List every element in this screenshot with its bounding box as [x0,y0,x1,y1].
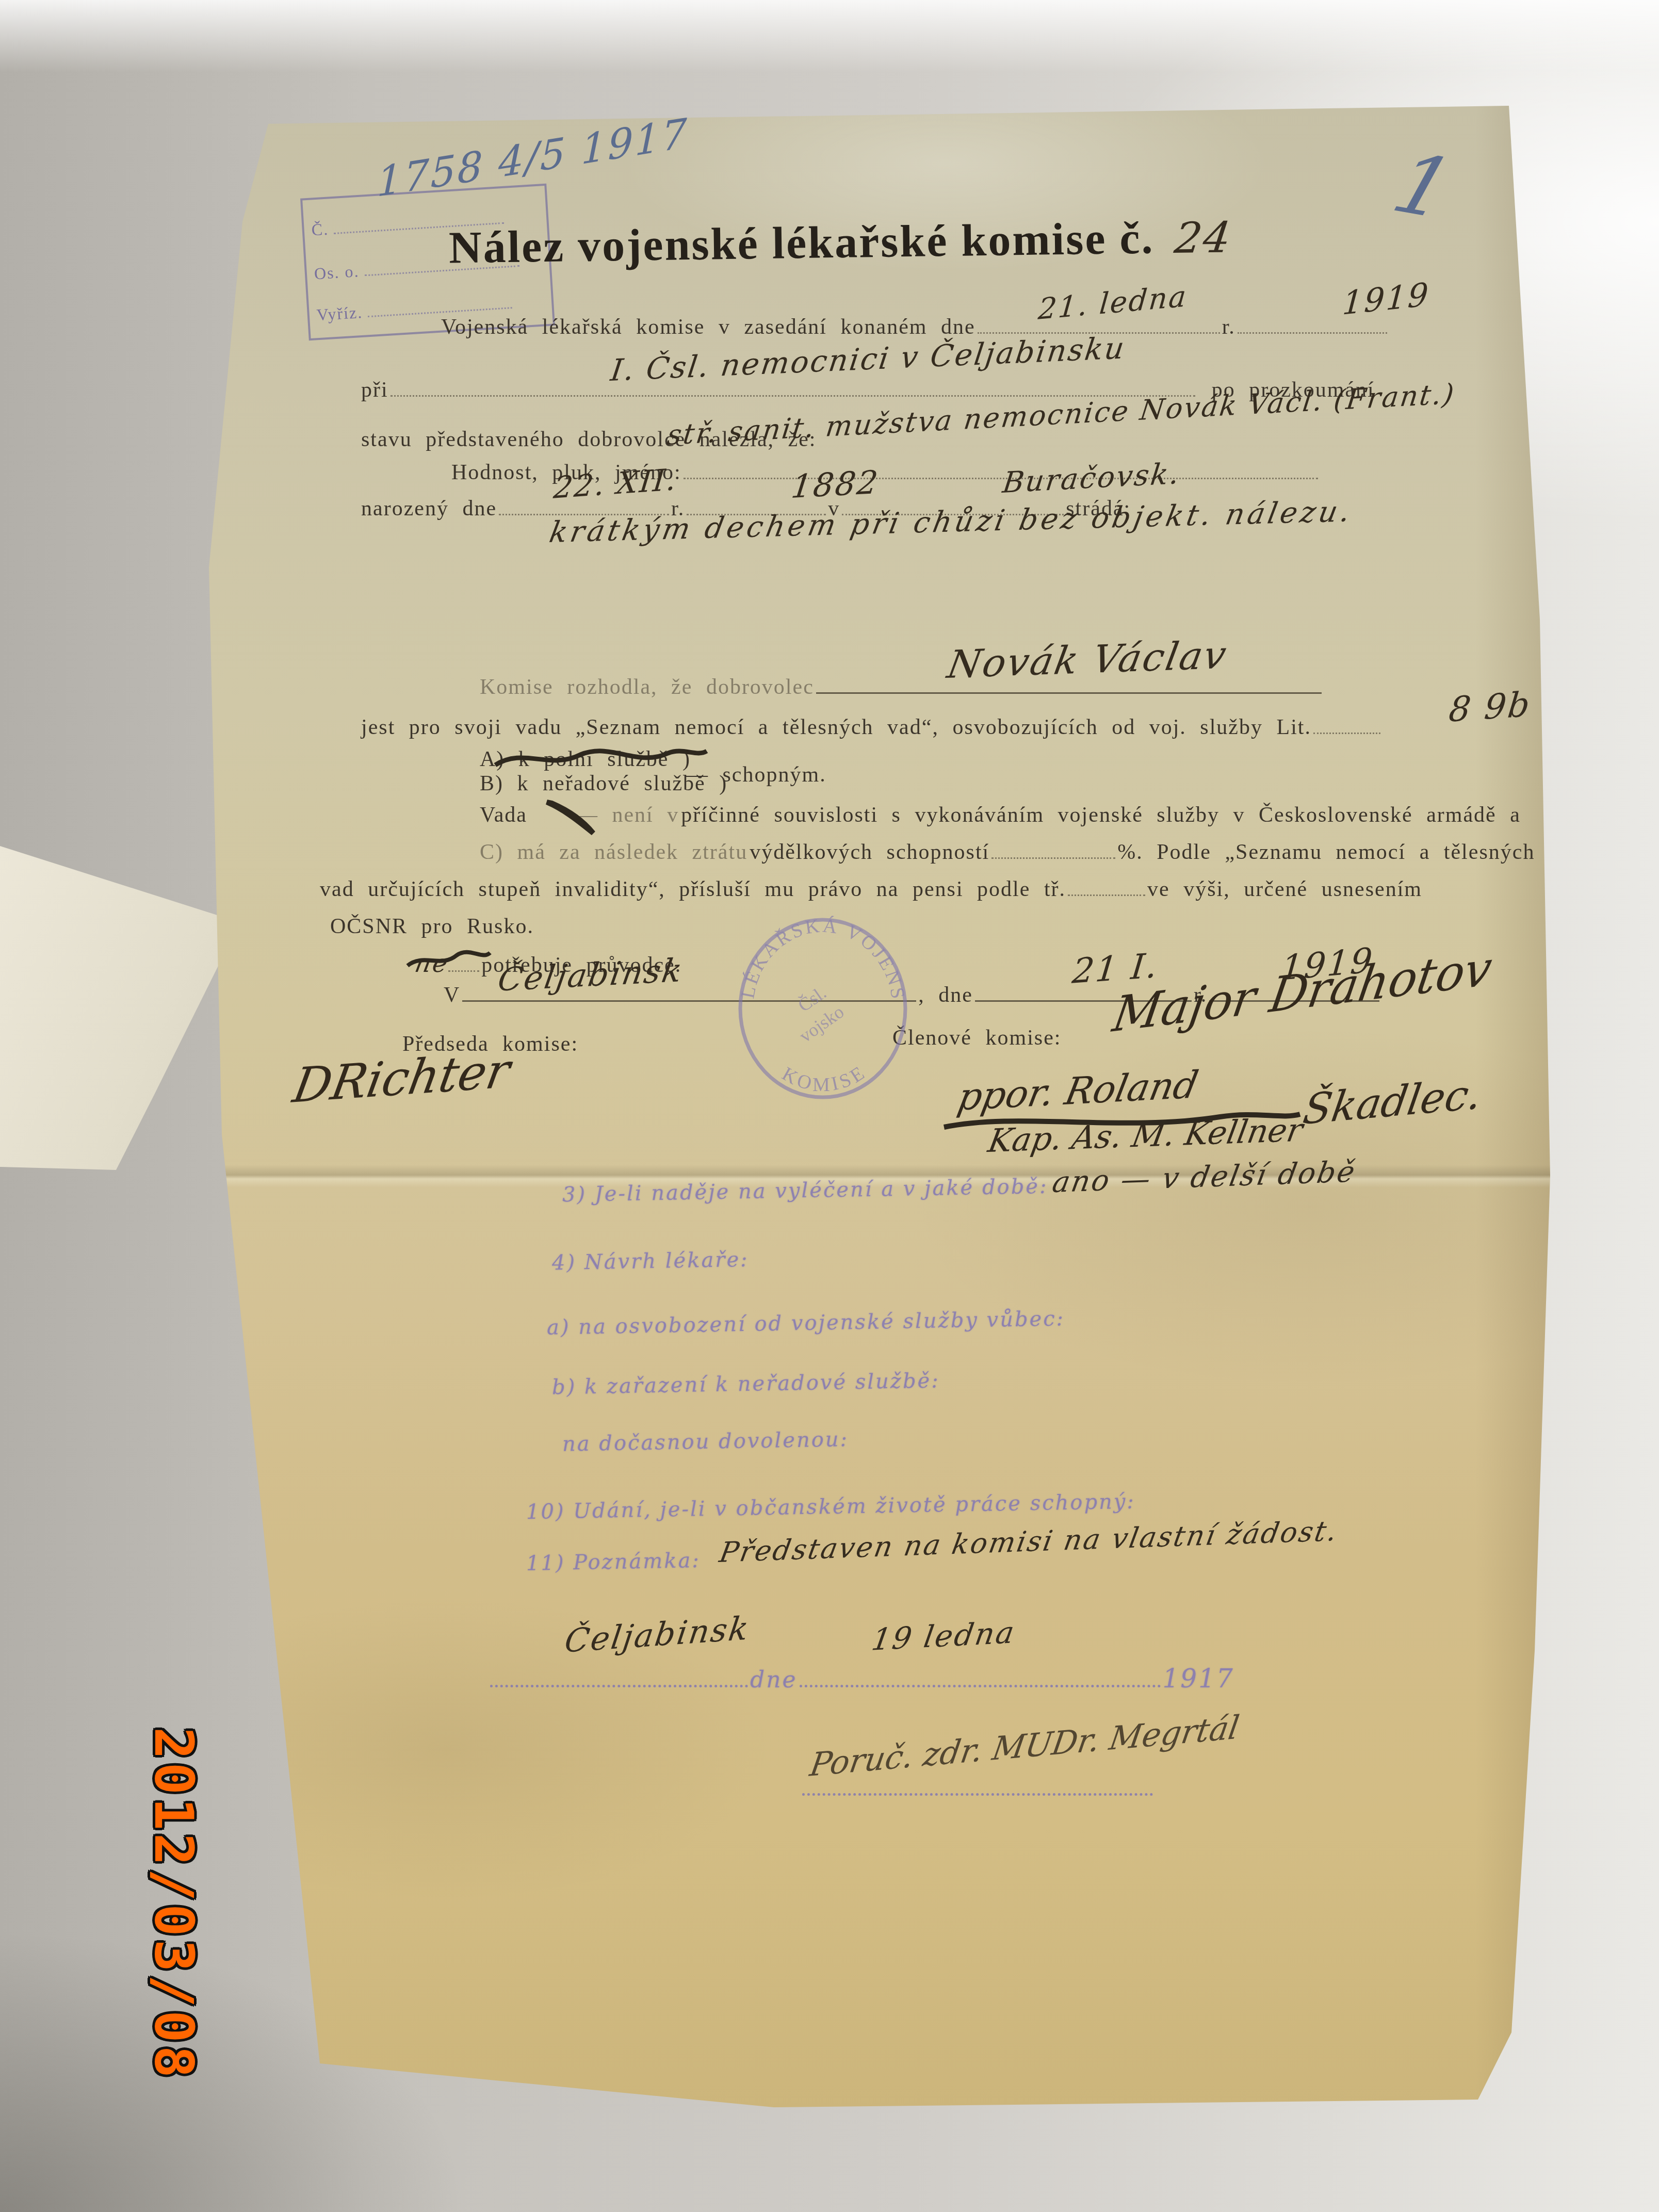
carbon-question-10: 10) Udání, je-li v občanském životě prác… [526,1490,1136,1524]
doctor-signature: Poruč. zdr. MUDr. Megrtál [807,1708,1242,1784]
printed-text: Vojenská lékařská komise v zasedání kona… [441,315,975,339]
carbon-question-4b: b) k zařazení k neřadové službě: [552,1369,940,1399]
stamp-inner-text-2: vojsko [795,1001,848,1047]
form-option-a: A) k polní službě ) [480,747,691,772]
blank-line [1068,892,1145,896]
printed-text: C) má za následek ztrátu [480,840,747,864]
member-signature-4: Škadlec. [1300,1069,1485,1134]
printed-text: při [361,378,388,402]
member-signature-3: Kap. As. M. Kellner [985,1111,1306,1160]
carbon-question-3: 3) Je-li naděje na vyléčení a v jaké dob… [562,1175,1048,1207]
page-number-handwritten: 1 [1382,135,1466,237]
carbon-dne-label: dne [750,1667,798,1693]
printed-text: , dne [918,983,973,1007]
stamp-arc-bottom-text: KOMISE [778,1061,871,1096]
carbon-date-handwritten: 19 ledna [869,1615,1018,1657]
form-line-pension: vad určujících stupeň invalidity“, přísl… [320,877,1422,902]
blank-line [448,968,479,972]
printed-text: výdělkových schopností [750,840,989,864]
printed-text: Vada [480,803,527,827]
registry-row-label: Č. [311,220,329,239]
volunteer-name-handwritten: Novák Václav [944,633,1231,687]
printed-text: narozený dne [361,497,497,521]
title-row: Nález vojenské lékařské komise č. 24 [448,211,1229,274]
printed-text: %. Podle „Seznamu nemocí a tělesných [1117,840,1535,864]
carbon-question-4c: na dočasnou dovolenou: [562,1427,849,1456]
carbon-answer-11: Představen na komisi na vlastní žádost. [717,1515,1341,1569]
form-line-decision: Komise rozhodla, že dobrovolec Novák Vác… [480,675,1322,700]
form-line-session-date: Vojenská lékařská komise v zasedání kona… [441,315,1387,339]
blank-line [1238,330,1387,334]
blank-line [800,1683,1161,1687]
blank-line [684,476,1318,479]
printed-text: Členové komise: [892,1026,1061,1050]
printed-text: jest pro svoji vadu „Seznam nemocí a těl… [361,715,1311,739]
member-signature-2: ppor. Roland [954,1063,1202,1119]
printed-text: vad určujících stupeň invalidity“, přísl… [320,877,1066,901]
carbon-signature-line [802,1789,1153,1798]
document-sheet: Č. Os. o. Vyříz. 1758 4/5 1917 1 Nález v… [204,103,1553,2110]
round-commission-stamp: LÉKAŘSKÁ VOJENSKÁ KOMISE Čsl. vojsko [727,908,918,1109]
session-year-handwritten: 1919 [1341,275,1431,322]
printed-text: příčinné souvislosti s vykonáváním vojen… [681,803,1521,827]
printed-text: OČSNR pro Rusko. [330,915,534,938]
session-day-handwritten: 21. ledna [1037,280,1189,327]
carbon-year: 1917 [1163,1664,1234,1694]
chairman-signature: DRichter [289,1043,514,1114]
form-option-c: C) má za následek ztrátu výdělkových sch… [480,840,1535,865]
carbon-answer-3: ano — v delší době [1050,1155,1359,1199]
carbon-question-11: 11) Poznámka: [526,1549,701,1575]
printed-text: r. [1222,315,1235,339]
title-number-handwritten: 24 [1172,213,1235,263]
form-line-causality: Vada — není v příčinné souvislosti s vyk… [480,803,1521,827]
carbon-date-line: dne 1917 [490,1664,1234,1694]
photo-scene: Č. Os. o. Vyříz. 1758 4/5 1917 1 Nález v… [0,0,1659,2212]
carbon-question-4: 4) Návrh lékaře: [552,1248,749,1275]
printed-text: V [444,983,460,1007]
printed-text: — není v [576,803,679,827]
carbon-question-4a: a) na osvobození od vojenské služby vůbe… [547,1307,1065,1340]
members-label: Členové komise: [892,1026,1061,1050]
form-option-b: B) k neřadové službě ) [480,771,727,796]
registry-row-label: Os. o. [314,262,360,283]
blank-line [816,690,1322,694]
carbon-place-handwritten: Čeljabinsk [562,1609,752,1660]
blank-line [991,855,1115,859]
form-line-vada: jest pro svoji vadu „Seznam nemocí a těl… [361,715,1380,740]
blank-line [490,1683,748,1687]
printed-text: B) k neřadové službě ) [480,772,727,795]
blank-line [802,1791,1153,1796]
printed-text: Komise rozhodla, že dobrovolec [480,675,814,699]
printed-text: A) k polní službě ) [480,747,691,771]
ne-handwritten: ne [413,949,451,978]
blank-line [391,393,1195,397]
born-year-handwritten: 1882 [789,463,882,506]
printed-text: ve výši, určené usnesením [1147,877,1422,901]
lit-number-handwritten: 8 9b [1447,684,1533,730]
blank-line [462,998,916,1002]
underlying-sheet [0,841,248,1181]
camera-timestamp: 2012/03/08 [142,1727,205,2081]
svg-text:KOMISE: KOMISE [778,1061,871,1096]
page-title: Nález vojenské lékařské komise č. [448,213,1154,273]
form-line-ocsnr: OČSNR pro Rusko. [330,914,534,939]
blank-line [1313,730,1380,734]
registry-row-label: Vyříz. [316,303,363,324]
